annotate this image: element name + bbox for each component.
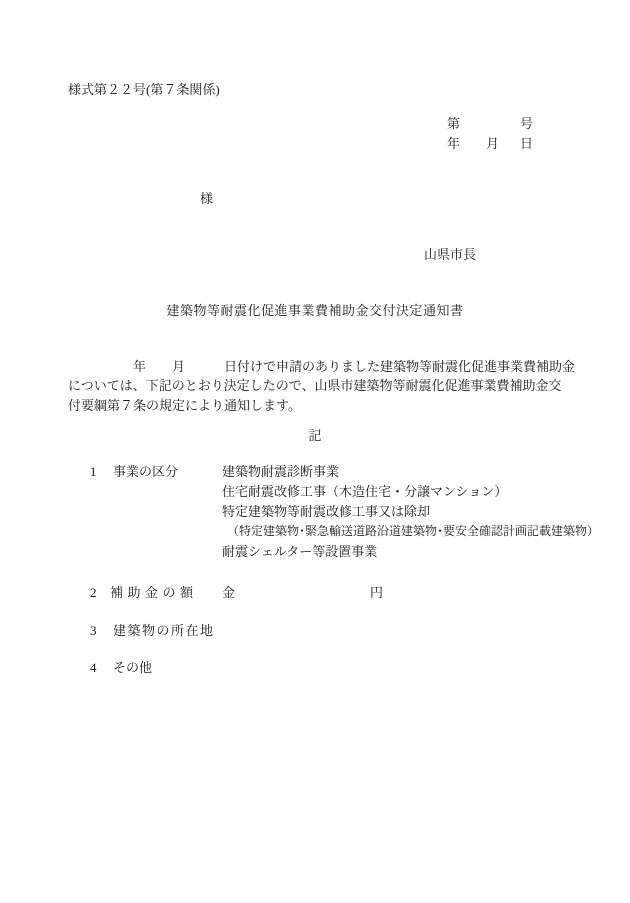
item-3-number: 3: [90, 624, 97, 637]
item-2-amount-prefix: 金: [222, 586, 235, 599]
date-year-label: 年: [447, 137, 460, 150]
item-1-value: 建築物耐震診断事業: [222, 465, 339, 478]
body-line: については、下記のとおり決定したので、山県市建築物等耐震化促進事業費補助金交: [68, 376, 578, 395]
item-2-number: 2: [90, 586, 97, 599]
item-4-number: 4: [90, 661, 97, 674]
record-marker: 記: [0, 429, 630, 442]
item-1-label: 事業の区分: [113, 465, 178, 478]
item-1-value: 住宅耐震改修工事（木造住宅・分譲マンション）: [222, 485, 507, 498]
sender-name: 山県市長: [424, 248, 476, 261]
document-title: 建築物等耐震化促進事業費補助金交付決定通知書: [0, 304, 630, 317]
body-paragraph: 年 月 日付けで申請のありました建築物等耐震化促進事業費補助金 については、下記…: [68, 357, 578, 415]
item-2-amount-suffix: 円: [370, 586, 383, 599]
item-1-value: （特定建築物･緊急輸送道路沿道建築物･要安全確認計画記載建築物）: [227, 525, 599, 537]
body-line: 付要綱第７条の規定により通知します。: [68, 396, 578, 415]
item-4-label: その他: [113, 661, 152, 674]
item-1-value: 特定建築物等耐震改修工事又は除却: [222, 505, 430, 518]
notice-document-page: 様式第２２号(第７条関係) 第 号 年 月 日 様 山県市長 建築物等耐震化促進…: [0, 0, 630, 903]
item-1-number: 1: [90, 465, 97, 478]
item-3-label: 建築物の所在地: [113, 624, 215, 637]
item-2-label: 補助金の額: [110, 586, 198, 599]
doc-number-prefix: 第: [447, 117, 460, 130]
date-day-label: 日: [520, 137, 533, 150]
addressee-honorific: 様: [200, 192, 213, 205]
body-line: 年 月 日付けで申請のありました建築物等耐震化促進事業費補助金: [68, 357, 578, 376]
doc-number-suffix: 号: [520, 117, 533, 130]
date-month-label: 月: [486, 137, 499, 150]
form-number: 様式第２２号(第７条関係): [68, 83, 220, 96]
item-1-value: 耐震シェルター等設置事業: [222, 545, 377, 558]
